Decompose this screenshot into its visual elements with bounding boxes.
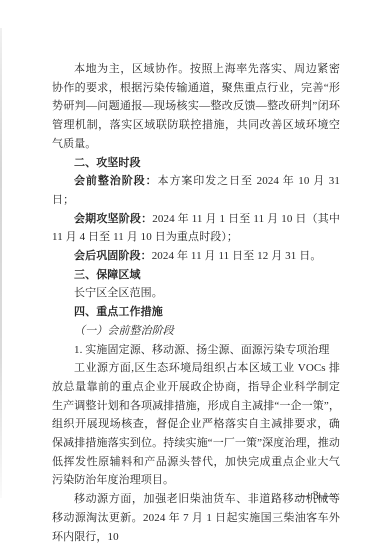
stage-label-meeting: 会期攻坚阶段： bbox=[74, 213, 152, 225]
paragraph-regional-cooperation: 本地为主，区域协作。按照上海率先落实、周边紧密协作的要求，根据污染传输通道，聚焦… bbox=[52, 60, 340, 154]
stage-value-post-meeting: 2024 年 11 月 11 日至 12 月 31 日。 bbox=[152, 250, 322, 262]
paragraph-special-treatment-title: 1. 实施固定源、移动源、扬尘源、面源污染专项治理 bbox=[52, 341, 340, 360]
heading-attack-period: 二、攻坚时段 bbox=[52, 154, 340, 173]
subheading-pre-meeting-stage: （一）会前整治阶段 bbox=[52, 322, 340, 341]
document-body: 本地为主，区域协作。按照上海率先落实、周边紧密协作的要求，根据污染传输通道，聚焦… bbox=[52, 60, 340, 546]
paragraph-industrial-sources: 工业源方面,区生态环境局组织占本区域工业 VOCs 排放总量靠前的重点企业开展政… bbox=[52, 359, 340, 490]
document-page: 本地为主，区域协作。按照上海率先落实、周边紧密协作的要求，根据污染传输通道，聚焦… bbox=[0, 0, 390, 551]
paragraph-pre-meeting-stage: 会前整治阶段：本方案印发之日至 2024 年 10 月 31 日； bbox=[52, 172, 340, 209]
page-left-edge-shadow bbox=[0, 28, 2, 498]
heading-guarantee-area: 三、保障区域 bbox=[52, 266, 340, 285]
page-number: — 3 — bbox=[297, 490, 337, 502]
paragraph-post-meeting-stage: 会后巩固阶段：2024 年 11 月 11 日至 12 月 31 日。 bbox=[52, 247, 340, 266]
heading-key-measures: 四、重点工作措施 bbox=[52, 303, 340, 322]
stage-label-post-meeting: 会后巩固阶段： bbox=[74, 250, 152, 262]
paragraph-area-scope: 长宁区全区范围。 bbox=[52, 284, 340, 303]
stage-label-pre-meeting: 会前整治阶段： bbox=[74, 175, 158, 187]
paragraph-meeting-stage: 会期攻坚阶段：2024 年 11 月 1 日至 11 月 10 日（其中 11 … bbox=[52, 210, 340, 247]
